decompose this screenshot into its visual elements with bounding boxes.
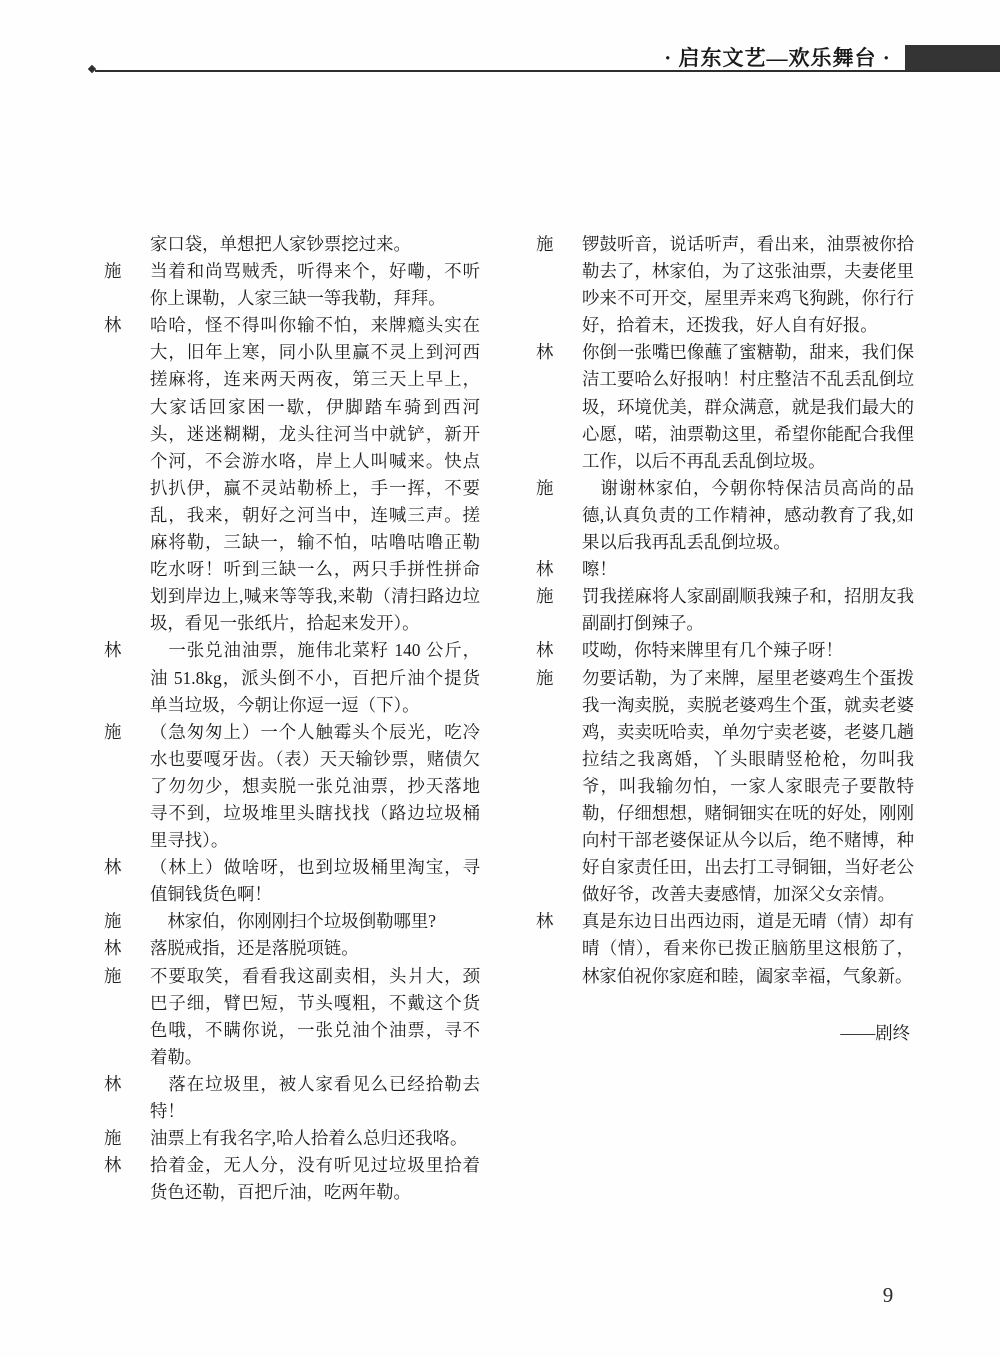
dialogue-text: 你倒一张嘴巴像蘸了蜜糖勒，甜来，我们保洁工要哈么好报呐！村庄整洁不乱丢乱倒垃圾，… bbox=[582, 339, 914, 474]
dialogue-text: 嚓！ bbox=[582, 556, 914, 583]
speaker-label: 施 bbox=[104, 719, 150, 854]
dialogue-line: 施 锣鼓听音，说话听声，看出来，油票被你拾勒去了，林家伯，为了这张油票，夫妻佬里… bbox=[536, 231, 914, 339]
dialogue-line: 施 勿要话勒，为了来牌，屋里老婆鸡生个蛋拨我一淘卖脱，卖脱老婆鸡生个蛋，就卖老婆… bbox=[536, 665, 914, 909]
speaker-label bbox=[104, 231, 150, 258]
speaker-label: 林 bbox=[104, 637, 150, 718]
speaker-label: 林 bbox=[104, 854, 150, 908]
end-mark: ——剧终 bbox=[536, 990, 914, 1047]
corner-block bbox=[905, 45, 1000, 71]
speaker-label: 施 bbox=[104, 258, 150, 312]
dialogue-line: 林 嚓！ bbox=[536, 556, 914, 583]
dialogue-text: 拾着金，无人分，没有听见过垃圾里拾着货色还勒，百把斤油，吃两年勒。 bbox=[150, 1152, 480, 1206]
dialogue-line: 林 哈哈，怪不得叫你输不怕，来牌瘾头实在大，旧年上寒，同小队里赢不灵上到河西搓麻… bbox=[104, 312, 480, 637]
dialogue-text: 一张兑油油票，施伟北菜籽 140 公斤，油 51.8kg，派头倒不小，百把斤油个… bbox=[150, 637, 480, 718]
page-header-title: · 启东文艺—欢乐舞台 · bbox=[655, 42, 900, 72]
dialogue-line: 林 哎呦，你特来牌里有几个辣子呀！ bbox=[536, 637, 914, 664]
dialogue-text: 哎呦，你特来牌里有几个辣子呀！ bbox=[582, 637, 914, 664]
dialogue-line: 林 拾着金，无人分，没有听见过垃圾里拾着货色还勒，百把斤油，吃两年勒。 bbox=[104, 1152, 480, 1206]
speaker-label: 林 bbox=[536, 637, 582, 664]
dialogue-text: 不要取笑，看看我这副卖相，头爿大，颈巴子细，臂巴短，节头嘎粗，不戴这个货色哦，不… bbox=[150, 963, 480, 1071]
speaker-label: 施 bbox=[536, 583, 582, 637]
dialogue-line: 林 落脱戒指，还是落脱项链。 bbox=[104, 935, 480, 962]
dialogue-text: 真是东边日出西边雨，道是无晴（情）却有晴（情），看来你已拨正脑筋里这根筋了，林家… bbox=[582, 908, 914, 989]
dialogue-text: 锣鼓听音，说话听声，看出来，油票被你拾勒去了，林家伯，为了这张油票，夫妻佬里吵来… bbox=[582, 231, 914, 339]
dialogue-text: 当着和尚骂贼秃，听得来个，好嘞，不听你上课勒，人家三缺一等我勒，拜拜。 bbox=[150, 258, 480, 312]
dialogue-line: 林 （林上）做啥呀，也到垃圾桶里淘宝，寻值铜钱货色啊！ bbox=[104, 854, 480, 908]
dialogue-line: 林 一张兑油油票，施伟北菜籽 140 公斤，油 51.8kg，派头倒不小，百把斤… bbox=[104, 637, 480, 718]
dialogue-line: 施 （急匆匆上）一个人触霉头个辰光，吃冷水也要嘎牙齿。（表）天天输钞票，赌债欠了… bbox=[104, 719, 480, 854]
dialogue-text: （林上）做啥呀，也到垃圾桶里淘宝，寻值铜钱货色啊！ bbox=[150, 854, 480, 908]
dialogue-line: 施 不要取笑，看看我这副卖相，头爿大，颈巴子细，臂巴短，节头嘎粗，不戴这个货色哦… bbox=[104, 963, 480, 1071]
right-column: 施 锣鼓听音，说话听声，看出来，油票被你拾勒去了，林家伯，为了这张油票，夫妻佬里… bbox=[536, 231, 914, 1047]
speaker-label: 林 bbox=[104, 1071, 150, 1125]
speaker-label: 林 bbox=[104, 935, 150, 962]
dialogue-text: （急匆匆上）一个人触霉头个辰光，吃冷水也要嘎牙齿。（表）天天输钞票，赌债欠了勿勿… bbox=[150, 719, 480, 854]
dialogue-text: 哈哈，怪不得叫你输不怕，来牌瘾头实在大，旧年上寒，同小队里赢不灵上到河西搓麻将，… bbox=[150, 312, 480, 637]
dialogue-text: 油票上有我名字,哈人拾着么总归还我咯。 bbox=[150, 1125, 480, 1152]
dialogue-text: 落脱戒指，还是落脱项链。 bbox=[150, 935, 480, 962]
dialogue-line: 施 林家伯，你刚刚扫个垃圾倒勒哪里? bbox=[104, 908, 480, 935]
speaker-label: 施 bbox=[536, 231, 582, 339]
left-column: 家口袋，单想把人家钞票挖过来。 施 当着和尚骂贼秃，听得来个，好嘞，不听你上课勒… bbox=[104, 231, 480, 1206]
speaker-label: 林 bbox=[536, 339, 582, 474]
speaker-label: 施 bbox=[536, 665, 582, 909]
speaker-label: 林 bbox=[536, 556, 582, 583]
dialogue-text: 家口袋，单想把人家钞票挖过来。 bbox=[150, 231, 480, 258]
speaker-label: 林 bbox=[104, 312, 150, 637]
dialogue-text: 林家伯，你刚刚扫个垃圾倒勒哪里? bbox=[150, 908, 480, 935]
dialogue-line: 施 油票上有我名字,哈人拾着么总归还我咯。 bbox=[104, 1125, 480, 1152]
header-rule bbox=[95, 70, 1000, 72]
speaker-label: 林 bbox=[104, 1152, 150, 1206]
right-column-dialogues: 施 锣鼓听音，说话听声，看出来，油票被你拾勒去了，林家伯，为了这张油票，夫妻佬里… bbox=[536, 231, 914, 990]
dialogue-line: 林 真是东边日出西边雨，道是无晴（情）却有晴（情），看来你已拨正脑筋里这根筋了，… bbox=[536, 908, 914, 989]
speaker-label: 施 bbox=[104, 963, 150, 1071]
speaker-label: 施 bbox=[536, 475, 582, 556]
speaker-label: 林 bbox=[536, 908, 582, 989]
dialogue-text: 落在垃圾里，被人家看见么已经拾勒去特！ bbox=[150, 1071, 480, 1125]
dialogue-line: 林 落在垃圾里，被人家看见么已经拾勒去特！ bbox=[104, 1071, 480, 1125]
magazine-page: · 启东文艺—欢乐舞台 · 家口袋，单想把人家钞票挖过来。 施 当着和尚骂贼秃，… bbox=[0, 0, 1000, 1357]
dialogue-text: 谢谢林家伯，今朝你特保洁员高尚的品德,认真负责的工作精神，感动教育了我,如果以后… bbox=[582, 475, 914, 556]
page-number: 9 bbox=[876, 1283, 900, 1308]
dialogue-line: 林 你倒一张嘴巴像蘸了蜜糖勒，甜来，我们保洁工要哈么好报呐！村庄整洁不乱丢乱倒垃… bbox=[536, 339, 914, 474]
dialogue-text: 勿要话勒，为了来牌，屋里老婆鸡生个蛋拨我一淘卖脱，卖脱老婆鸡生个蛋，就卖老婆鸡，… bbox=[582, 665, 914, 909]
dialogue-line: 家口袋，单想把人家钞票挖过来。 bbox=[104, 231, 480, 258]
dialogue-line: 施 当着和尚骂贼秃，听得来个，好嘞，不听你上课勒，人家三缺一等我勒，拜拜。 bbox=[104, 258, 480, 312]
speaker-label: 施 bbox=[104, 1125, 150, 1152]
dialogue-text: 罚我搓麻将人家副副顺我辣子和，招朋友我副副打倒辣子。 bbox=[582, 583, 914, 637]
speaker-label: 施 bbox=[104, 908, 150, 935]
dialogue-line: 施 谢谢林家伯，今朝你特保洁员高尚的品德,认真负责的工作精神，感动教育了我,如果… bbox=[536, 475, 914, 556]
dialogue-line: 施 罚我搓麻将人家副副顺我辣子和，招朋友我副副打倒辣子。 bbox=[536, 583, 914, 637]
